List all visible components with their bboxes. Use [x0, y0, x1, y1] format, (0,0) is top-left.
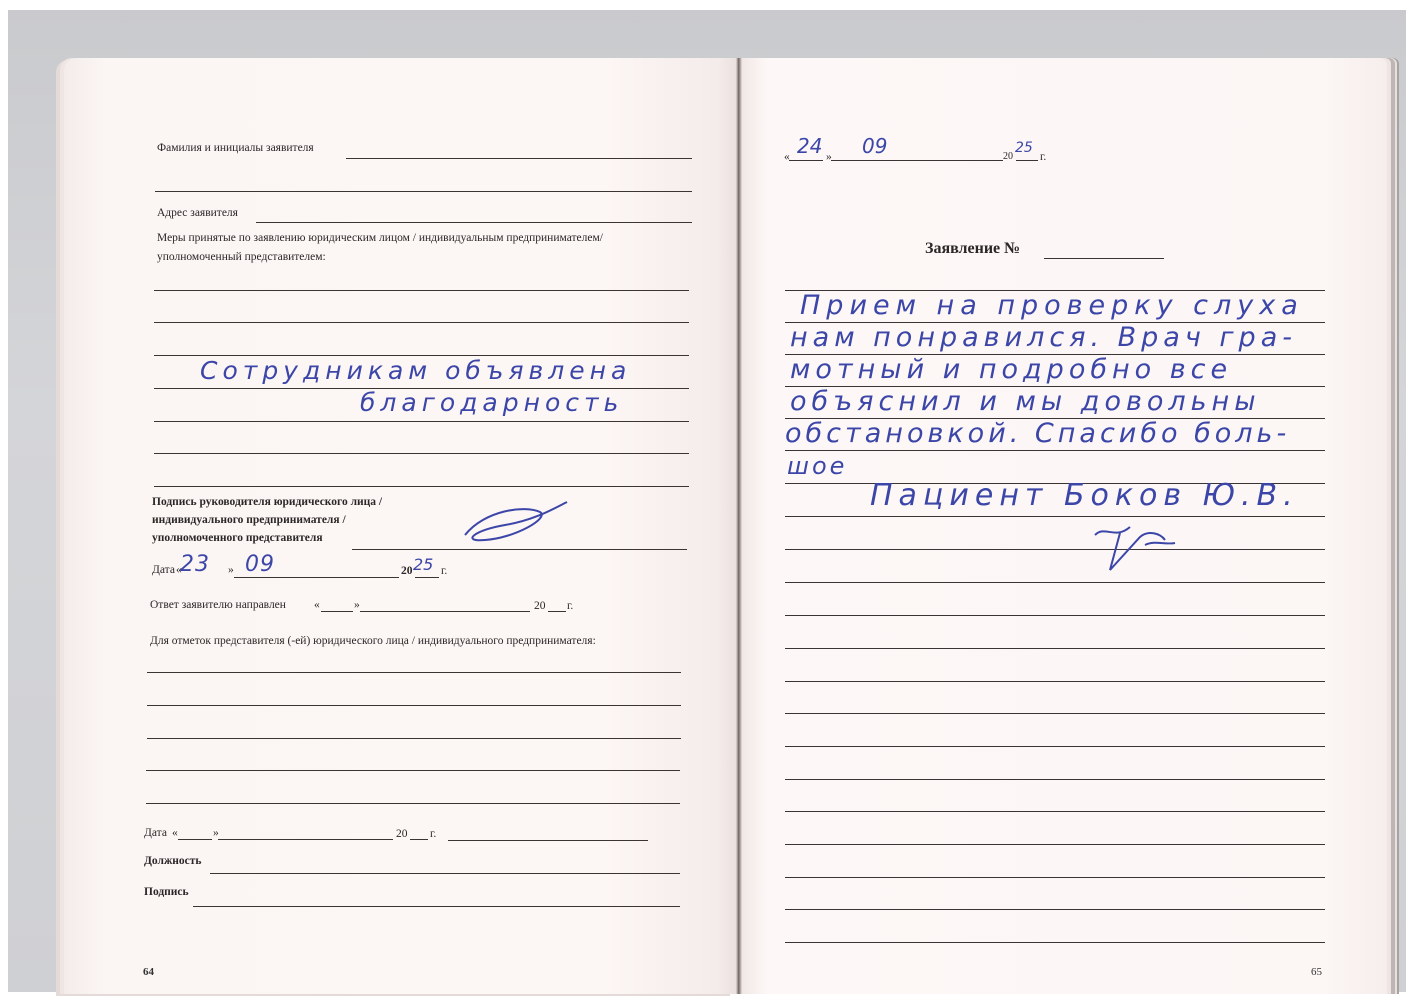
page-number-left: 64	[143, 966, 154, 978]
sign-field[interactable]	[193, 906, 680, 907]
signature-label-line3: уполномоченного представителя	[152, 531, 323, 545]
date-year-prefix: 20	[401, 564, 413, 578]
scan-border-right	[1406, 0, 1414, 1000]
date-close-quote: »	[228, 563, 234, 577]
measures-handwritten-line1: Сотрудникам объявлена	[200, 356, 631, 385]
page-number-right: 65	[1311, 966, 1322, 978]
right-date-year-end: г.	[1040, 150, 1046, 164]
scan-border-top	[0, 0, 1414, 10]
applicant-address-label: Адрес заявителя	[157, 206, 238, 220]
measures-label-line1: Меры принятые по заявлению юридическим л…	[157, 231, 603, 245]
measures-handwritten-line2: благодарность	[360, 388, 623, 417]
statement-number-field[interactable]	[1044, 258, 1164, 259]
measures-label-line2: уполномоченный представителем:	[157, 250, 326, 264]
date-month: 09	[245, 552, 275, 577]
right-date-close-quote: »	[826, 150, 832, 164]
manager-signature-mark	[455, 500, 575, 550]
position-label: Должность	[144, 854, 202, 868]
reply-close-quote: »	[354, 598, 360, 612]
date-year-end: г.	[441, 564, 447, 578]
statement-handwritten-line1: Прием на проверку слуха	[800, 290, 1304, 321]
patient-signature-mark	[1090, 515, 1190, 575]
statement-handwritten-line4: объяснил и мы довольны	[790, 386, 1261, 417]
sign-label: Подпись	[144, 885, 189, 899]
statement-title: Заявление №	[925, 240, 1020, 258]
statement-handwritten-line6: шое	[787, 452, 847, 480]
applicant-name-field[interactable]	[346, 158, 692, 159]
reply-year-end: г.	[567, 599, 573, 613]
date-day[interactable]: 23	[180, 552, 210, 577]
date2-day-field[interactable]	[178, 839, 212, 840]
date-label: Дата	[152, 563, 175, 577]
reply-year-prefix: 20	[534, 599, 546, 613]
date2-open-quote: «	[172, 826, 178, 840]
applicant-name-label: Фамилия и инициалы заявителя	[157, 141, 314, 155]
right-date-year-field[interactable]	[1016, 160, 1038, 161]
date2-year-prefix: 20	[396, 827, 408, 841]
applicant-name-field-line2[interactable]	[155, 191, 692, 192]
reply-day-field[interactable]	[321, 611, 353, 612]
applicant-address-field[interactable]	[256, 222, 692, 223]
date2-extra-field[interactable]	[448, 840, 648, 841]
notes-label: Для отметок представителя (-ей) юридичес…	[150, 634, 596, 648]
reply-open-quote: «	[314, 598, 320, 612]
date2-year-end: г.	[430, 827, 436, 841]
right-date-year-suffix: 25	[1015, 140, 1033, 156]
date2-close-quote: »	[213, 826, 219, 840]
reply-label: Ответ заявителю направлен	[150, 598, 286, 612]
statement-handwritten-line2: нам понравился. Врач гра-	[790, 322, 1297, 353]
statement-handwritten-line3: мотный и подробно все	[790, 354, 1232, 385]
position-field[interactable]	[210, 873, 680, 874]
reply-month-field[interactable]	[360, 611, 530, 612]
right-page	[742, 58, 1387, 994]
date-year-field[interactable]	[415, 577, 439, 578]
right-date-open-quote: «	[784, 150, 790, 164]
right-date-month-field[interactable]	[831, 160, 1003, 161]
signature-label-line1: Подпись руководителя юридического лица /	[152, 495, 382, 509]
right-date-day-field[interactable]	[789, 160, 823, 161]
date-month-field[interactable]	[234, 577, 399, 578]
date2-year-field[interactable]	[410, 839, 428, 840]
signature-label-line2: индивидуального предпринимателя /	[152, 513, 346, 527]
right-date-month: 09	[862, 134, 887, 158]
date2-month-field[interactable]	[218, 839, 393, 840]
right-date-day: 24	[797, 134, 822, 158]
right-date-year-prefix: 20	[1003, 150, 1013, 164]
date2-label: Дата	[144, 826, 167, 840]
reply-year-field[interactable]	[548, 611, 566, 612]
date-year-suffix: 25	[413, 555, 433, 574]
statement-handwritten-line5: обстановкой. Спасибо боль-	[785, 418, 1290, 449]
scan-border-left	[0, 0, 8, 1000]
patient-signature-line: Пациент Боков Ю.В.	[870, 478, 1299, 513]
